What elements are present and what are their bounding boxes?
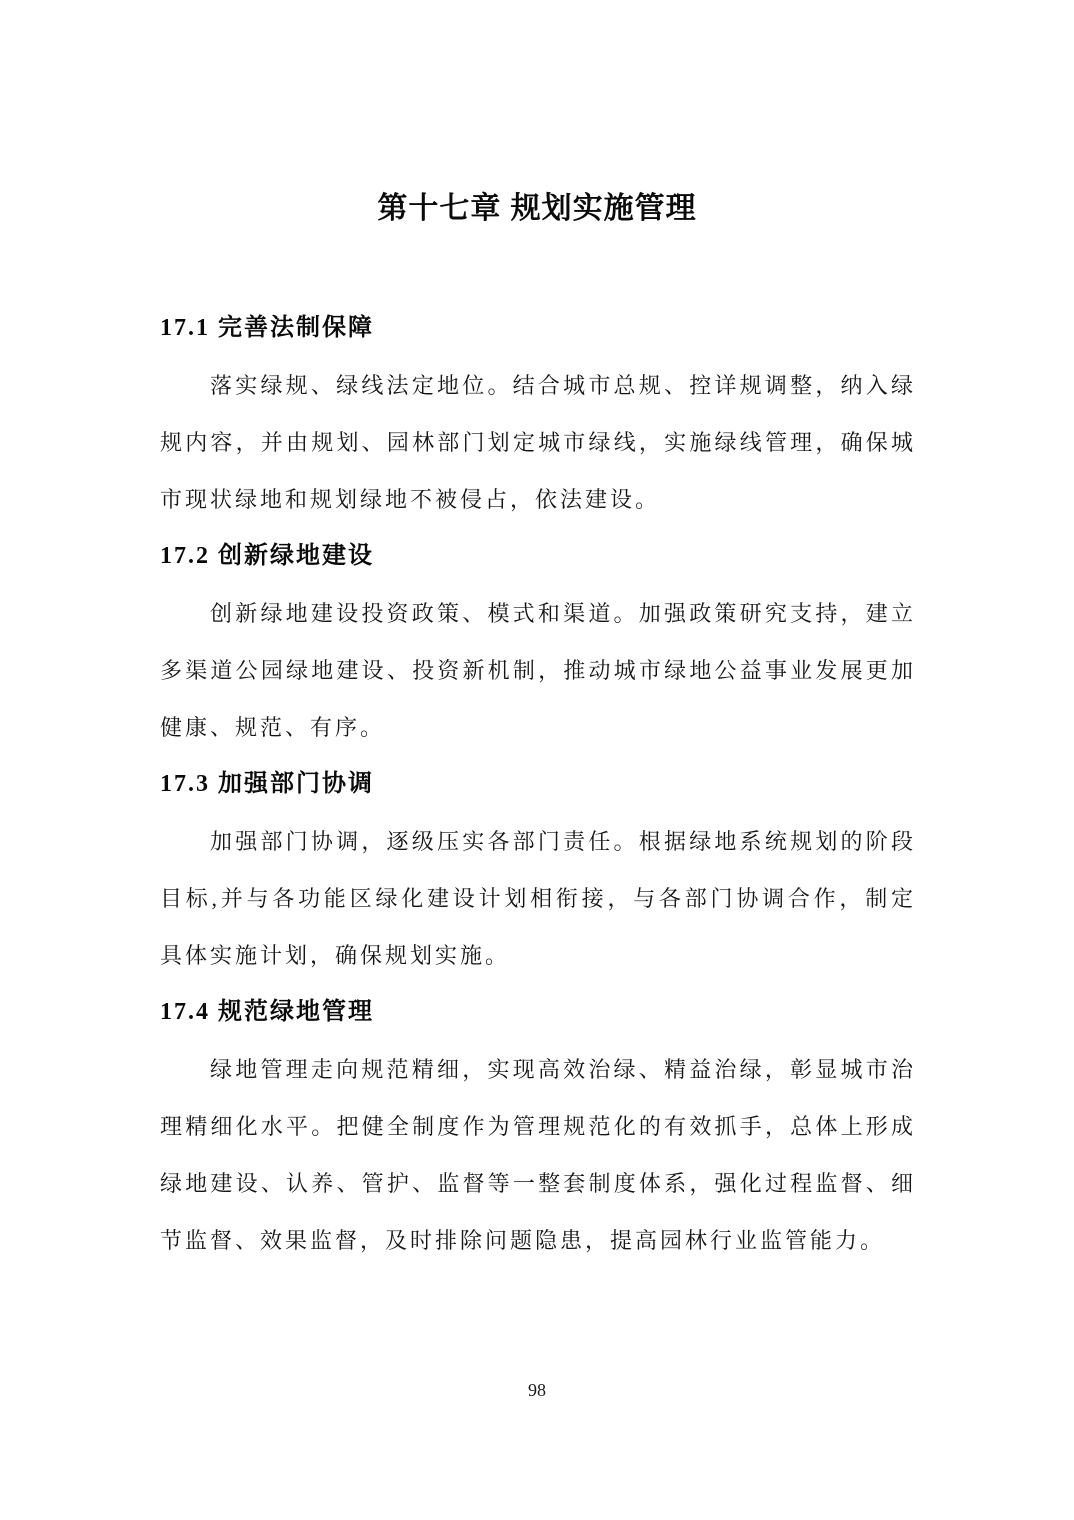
section-paragraph: 绿地管理走向规范精细，实现高效治绿、精益治绿，彰显城市治理精细化水平。把健全制度… (160, 1041, 916, 1269)
section-17-4: 17.4 规范绿地管理 绿地管理走向规范精细，实现高效治绿、精益治绿，彰显城市治… (160, 984, 916, 1269)
document-body: 17.1 完善法制保障 落实绿规、绿线法定地位。结合城市总规、控详规调整，纳入绿… (160, 300, 916, 1269)
section-heading: 17.1 完善法制保障 (160, 300, 916, 357)
section-paragraph: 落实绿规、绿线法定地位。结合城市总规、控详规调整，纳入绿规内容，并由规划、园林部… (160, 357, 916, 528)
document-page: 第十七章 规划实施管理 17.1 完善法制保障 落实绿规、绿线法定地位。结合城市… (0, 0, 1074, 1520)
section-paragraph: 创新绿地建设投资政策、模式和渠道。加强政策研究支持，建立多渠道公园绿地建设、投资… (160, 585, 916, 756)
section-heading: 17.3 加强部门协调 (160, 756, 916, 813)
section-17-3: 17.3 加强部门协调 加强部门协调，逐级压实各部门责任。根据绿地系统规划的阶段… (160, 756, 916, 984)
chapter-title: 第十七章 规划实施管理 (0, 188, 1074, 230)
section-heading: 17.2 创新绿地建设 (160, 528, 916, 585)
section-17-2: 17.2 创新绿地建设 创新绿地建设投资政策、模式和渠道。加强政策研究支持，建立… (160, 528, 916, 756)
section-17-1: 17.1 完善法制保障 落实绿规、绿线法定地位。结合城市总规、控详规调整，纳入绿… (160, 300, 916, 528)
section-paragraph: 加强部门协调，逐级压实各部门责任。根据绿地系统规划的阶段目标,并与各功能区绿化建… (160, 813, 916, 984)
section-heading: 17.4 规范绿地管理 (160, 984, 916, 1041)
page-number: 98 (0, 1378, 1074, 1402)
